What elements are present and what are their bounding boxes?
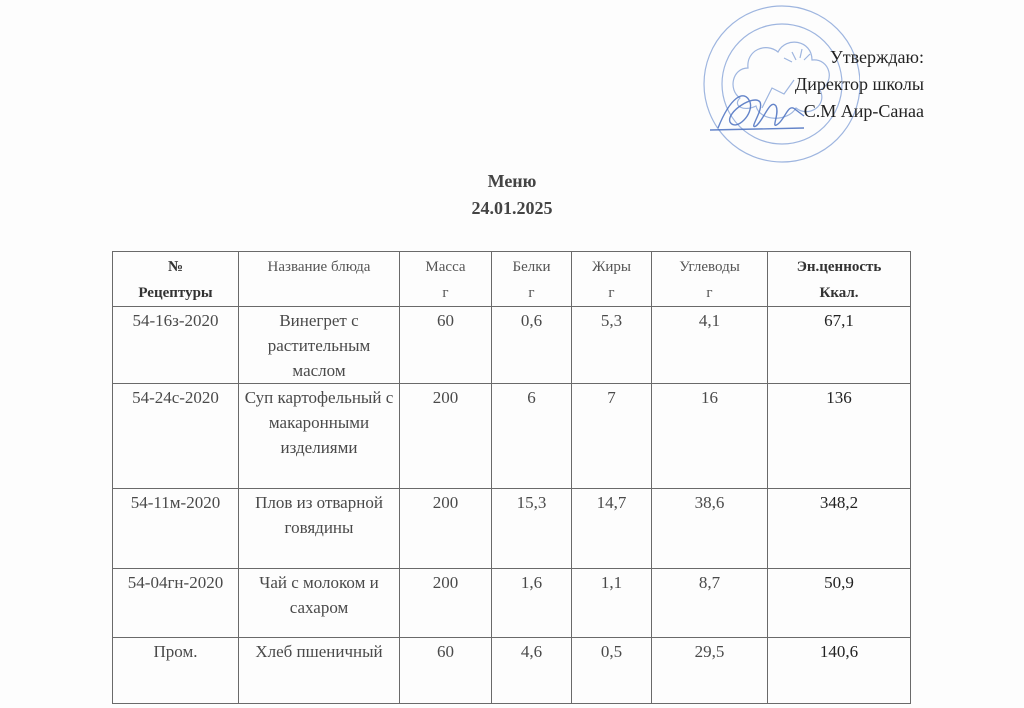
header-label: Масса [403,254,488,280]
cell-fat: 0,5 [572,638,652,704]
header-label: № [116,254,235,280]
cell-recipe-number: 54-11м-2020 [113,489,239,569]
cell-recipe-number: 54-24с-2020 [113,384,239,489]
menu-title-block: Меню 24.01.2025 [0,168,1024,222]
header-label: Эн.ценность [771,254,907,280]
cell-energy: 67,1 [768,307,911,384]
director-title: Директор школы [795,71,924,98]
header-unit: г [575,280,648,306]
table-row: 54-16з-2020Винегрет с растительным масло… [113,307,911,384]
header-energy: Эн.ценностьКкал. [768,252,911,307]
signature [718,96,804,128]
cell-carbs: 29,5 [652,638,768,704]
table-row: 54-24с-2020Суп картофельный с макаронным… [113,384,911,489]
cell-protein: 15,3 [492,489,572,569]
menu-table: №РецептурыНазвание блюдаМассагБелкигЖиры… [112,251,911,704]
cell-protein: 4,6 [492,638,572,704]
header-fat: Жирыг [572,252,652,307]
cell-mass: 200 [400,489,492,569]
cell-protein: 1,6 [492,569,572,638]
cell-dish-name: Плов из отварной говядины [239,489,400,569]
cell-recipe-number: 54-16з-2020 [113,307,239,384]
cell-carbs: 4,1 [652,307,768,384]
cell-dish-name: Суп картофельный с макаронными изделиями [239,384,400,489]
header-unit: Ккал. [771,280,907,306]
header-label: Название блюда [242,254,396,280]
cell-recipe-number: 54-04гн-2020 [113,569,239,638]
cell-protein: 0,6 [492,307,572,384]
table-row: 54-11м-2020Плов из отварной говядины2001… [113,489,911,569]
header-recipe-number: №Рецептуры [113,252,239,307]
approval-label: Утверждаю: [795,44,924,71]
table-row: 54-04гн-2020Чай с молоком и сахаром2001,… [113,569,911,638]
header-label: Жиры [575,254,648,280]
header-unit: г [495,280,568,306]
header-dish-name: Название блюда [239,252,400,307]
cell-fat: 5,3 [572,307,652,384]
cell-mass: 60 [400,307,492,384]
header-carbs: Углеводыг [652,252,768,307]
cell-dish-name: Винегрет с растительным маслом [239,307,400,384]
cell-energy: 50,9 [768,569,911,638]
cell-fat: 14,7 [572,489,652,569]
cell-mass: 200 [400,384,492,489]
header-label: Углеводы [655,254,764,280]
cell-protein: 6 [492,384,572,489]
table-row: Пром.Хлеб пшеничный604,60,529,5140,6 [113,638,911,704]
header-label: Белки [495,254,568,280]
cell-energy: 136 [768,384,911,489]
header-unit: г [655,280,764,306]
director-name: С.М Аир-Санаа [795,98,924,125]
table-header-row: №РецептурыНазвание блюдаМассагБелкигЖиры… [113,252,911,307]
cell-dish-name: Чай с молоком и сахаром [239,569,400,638]
cell-energy: 140,6 [768,638,911,704]
cell-fat: 1,1 [572,569,652,638]
header-unit: Рецептуры [116,280,235,306]
menu-date: 24.01.2025 [0,195,1024,222]
cell-fat: 7 [572,384,652,489]
header-mass: Массаг [400,252,492,307]
header-protein: Белкиг [492,252,572,307]
header-unit: г [403,280,488,306]
cell-mass: 200 [400,569,492,638]
cell-recipe-number: Пром. [113,638,239,704]
menu-heading: Меню [0,168,1024,195]
approval-block: Утверждаю: Директор школы С.М Аир-Санаа [795,44,924,125]
cell-carbs: 8,7 [652,569,768,638]
cell-dish-name: Хлеб пшеничный [239,638,400,704]
cell-energy: 348,2 [768,489,911,569]
cell-mass: 60 [400,638,492,704]
cell-carbs: 16 [652,384,768,489]
cell-carbs: 38,6 [652,489,768,569]
